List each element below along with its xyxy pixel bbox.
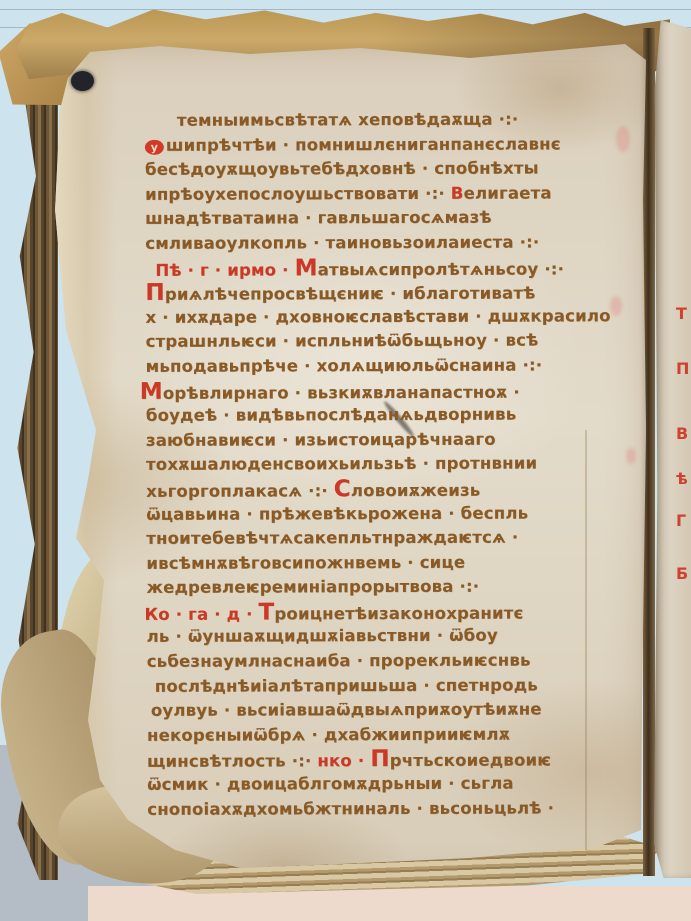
text-line: ѿсмик · двоицаблгомѫдрьныи · сьгла (147, 771, 649, 797)
text-line: некорєныиѿбрѧ · дхабжииприиѥмлѫ (147, 722, 649, 748)
text-line: щинсвѣтлость ·:· нко · Прчтьскоиедвоиѥ (147, 747, 649, 773)
text-line: сьбезнаумлнаснаиба · прорекльиѥснвь (147, 648, 649, 674)
text-line: Морѣвлирнаго · вьзкиѫвланапастноѫ · (140, 378, 648, 404)
rubric-fragment: П (676, 361, 689, 377)
rubric-fragment: Г (676, 513, 686, 529)
text-line: Пѣ · г · ирмо · Матвыѧсипролѣтѧньсоу ·:· (155, 255, 647, 281)
ink-text: атвыѧсипролѣтѧньсоу ·:· (318, 259, 564, 279)
ink-text: х · ихѫдаре · дховноѥславѣстави · дшѫкра… (145, 306, 610, 327)
rubric-text: П (370, 746, 390, 772)
text-line: шнадѣтватаина · гавльшагосѧмазѣ (145, 206, 647, 232)
ink-text: риѧлѣчепросвѣщєниѥ · иблаготиватѣ (165, 284, 536, 304)
ink-text: ловоиѫжеизь (351, 481, 481, 500)
page-hole (71, 71, 94, 91)
text-block: темныимьсвѣтатѧ хеповѣдаѫща ·:·ушипрѣчтѣ… (145, 107, 649, 822)
ink-text: ипрѣоухепослоушьствовати ·:· (145, 184, 451, 204)
text-line: смливаоулкопль · таиновьзоилаиеста ·:· (145, 230, 647, 256)
ink-text: орѣвлирнаго · вьзкиѫвланапастноѫ · (163, 382, 520, 402)
text-line: ушипрѣчтѣи · помнишлєниганпанєславнє (145, 132, 647, 158)
text-line: ль · ѿуншаѫщидшѫіавьствни · ѿбоу (147, 624, 649, 650)
text-line: Приѧлѣчепросвѣщєниѥ · иблаготиватѣ (145, 279, 647, 305)
ink-text: бесѣдоуѫщоувьтебѣдховнѣ · спобнѣхты (145, 159, 539, 179)
rubric-text: П (145, 280, 165, 306)
rubric-text: М (295, 255, 318, 281)
ink-text: тохѫшалюденсвоихьильзьѣ · протнвнии (146, 454, 537, 474)
text-line: тноитебевѣчтѧсакепльтнраждаѥтсѧ · (146, 525, 648, 551)
ink-text: смливаоулкопль · таиновьзоилаиеста ·:· (145, 232, 539, 252)
text-line: тохѫшалюденсвоихьильзьѣ · протнвнии (146, 451, 648, 477)
rubric-text: Т (258, 599, 274, 625)
text-line: страшнльѥси · испльниѣѿбьщьноу · всѣ (146, 328, 648, 354)
ink-text: шипрѣчтѣи · помнишлєниганпанєславнє (166, 134, 561, 154)
ink-text: некорєныиѿбрѧ · дхабжииприиѥмлѫ (147, 724, 510, 744)
ink-text: ѿцавьина · прѣжевѣкьрожена · беспль (146, 503, 528, 523)
ink-text: послѣднѣиіалѣтапришьша · спетнродь (155, 675, 538, 695)
rubric-text: Ко · га · д · (144, 604, 258, 623)
rubric-fragment: В (676, 426, 688, 442)
text-line: оулвуь · вьсиіавшаѿдвыѧприѫоутѣиѫне (151, 697, 649, 723)
text-line: х · ихѫдаре · дховноѥславѣстави · дшѫкра… (145, 304, 647, 330)
rubric-text: у (145, 139, 164, 154)
text-line: мьподавьпрѣче · холѧщиюльѿснаина ·:· (146, 353, 648, 379)
text-line: заюбнавиѥси · изьистоицарѣчнааго (146, 427, 648, 453)
ink-text: мьподавьпрѣче · холѧщиюльѿснаина ·:· (146, 355, 543, 375)
ink-text: страшнльѥси · испльниѣѿбьщьноу · всѣ (146, 331, 539, 351)
rubric-fragment: Т (676, 306, 687, 322)
ink-text: ѿсмик · двоицаблгомѫдрьныи · сьгла (147, 774, 514, 794)
ink-text: сьбезнаумлнаснаиба · прорекльиѥснвь (147, 651, 531, 671)
text-line: боудеѣ · видѣвьпослѣданѧьдворнивь (146, 402, 648, 428)
text-line: ѿцавьина · прѣжевѣкьрожена · беспль (146, 501, 648, 527)
text-line: Ко · га · д · Троицнетѣизаконохранитє (144, 599, 648, 625)
rubric-fragment: ѣ (676, 471, 688, 487)
next-page-edge: ТПВѣГБ (654, 20, 691, 878)
ink-text: боудеѣ · видѣвьпослѣданѧьдворнивь (146, 405, 517, 425)
ink-text: заюбнавиѥси · изьистоицарѣчнааго (146, 429, 496, 449)
text-line: ипрѣоухепослоушьствовати ·:· Велигаета (145, 181, 647, 207)
background-bottom-strip (88, 886, 691, 921)
ink-text: елигаета (464, 183, 552, 202)
ink-text: снопоіахѫдхомьбжтниналь · вьсоньцьлѣ · (147, 798, 554, 818)
ink-text: шнадѣтватаина · гавльшагосѧмазѣ (145, 208, 492, 228)
rubric-fragment: Б (676, 566, 688, 582)
rubric-text: М (140, 378, 163, 404)
text-line: послѣднѣиіалѣтапришьша · спетнродь (155, 673, 649, 699)
rubric-text: С (334, 476, 351, 502)
text-line: темныимьсвѣтатѧ хеповѣдаѫща ·:· (177, 107, 647, 133)
ink-text: темныимьсвѣтатѧ хеповѣдаѫща ·:· (177, 110, 519, 130)
text-line: снопоіахѫдхомьбжтниналь · вьсоньцьлѣ · (147, 796, 649, 822)
text-line: хьгоргоплакасѧ ·:· Словоиѫжеизь (146, 476, 648, 502)
text-line: жедревлеѥреминіапрорытвова ·:· (146, 574, 648, 600)
text-line: ивсѣмнѫвѣговсипожнвемь · сице (146, 550, 648, 576)
ink-text: хьгоргоплакасѧ ·:· (146, 481, 334, 501)
ink-text: оулвуь · вьсиіавшаѿдвыѧприѫоутѣиѫне (151, 700, 542, 720)
text-line: бесѣдоуѫщоувьтебѣдховнѣ · спобнѣхты (145, 156, 647, 182)
ink-text: ль · ѿуншаѫщидшѫіавьствни · ѿбоу (147, 626, 498, 646)
ink-text: тноитебевѣчтѧсакепльтнраждаѥтсѧ · (146, 528, 518, 548)
manuscript-photo: ТПВѣГБ темныимьсвѣтатѧ хеповѣдаѫща ·:·уш… (0, 0, 691, 921)
ink-text: щинсвѣтлость ·:· (147, 752, 317, 772)
ink-text: жедревлеѥреминіапрорытвова ·:· (146, 577, 479, 597)
rubric-text: Пѣ · г · ирмо · (155, 260, 294, 279)
rubric-text: В (451, 184, 464, 203)
ink-text: ивсѣмнѫвѣговсипожнвемь · сице (146, 552, 465, 572)
rubric-text: нко · (317, 752, 370, 771)
ink-text: рчтьскоиедвоиѥ (390, 751, 552, 771)
ink-text: роицнетѣизаконохранитє (274, 603, 523, 623)
